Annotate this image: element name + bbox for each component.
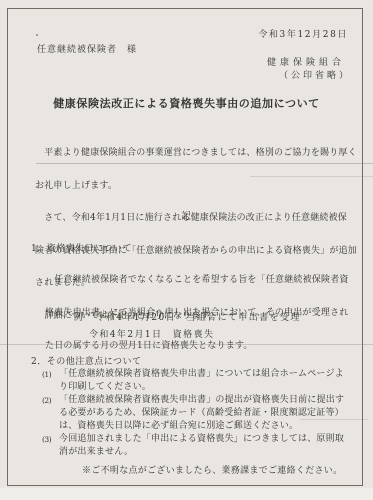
list-item: (2) 「任意継続被保険者資格喪失申出書」の提出が資格喪失日前に提出す る必要が…	[42, 394, 344, 433]
letter-date: 令和3年12月28日	[258, 27, 348, 40]
list-item-marker: (2)	[42, 394, 59, 407]
list-item-line: 消が出来ません。	[59, 446, 344, 459]
intro-line: 平素より健康保険組合の事業運営につきましては、格別のご協力を賜り厚く	[35, 147, 357, 160]
list-item-text: 今回追加されました「申出による資格喪失」につきましては、原則取 消が出来ません。	[59, 433, 344, 459]
document-title: 健康保険法改正による資格喪失事由の追加について	[0, 95, 373, 111]
scan-artifact-line	[250, 176, 373, 177]
list-item-line: は、資格喪失日以降に必ず組合宛に別途ご郵送ください。	[59, 420, 344, 433]
example-step2-line: 令和4年2月1日 資格喪失	[89, 327, 214, 340]
section1-body-line: 任意継続被保険者でなくなることを希望する旨を「任意継続被保険者資	[45, 274, 349, 287]
list-item: (1) 「任意継続被保険者資格喪失申出書」については組合ホームページよ り印刷し…	[42, 368, 344, 394]
down-arrow-icon: ↓	[130, 312, 137, 321]
list-item-line: り印刷してください。	[59, 381, 344, 394]
scan-artifact-line	[36, 163, 373, 164]
list-item-line: 「任意継続被保険者資格喪失申出書」については組合ホームページよ	[59, 368, 344, 381]
scan-speck	[36, 34, 38, 36]
list-item: (3) 今回追加されました「申出による資格喪失」につきましては、原則取 消が出来…	[42, 433, 344, 459]
list-item-text: 「任意継続被保険者資格喪失申出書」については組合ホームページよ り印刷してくださ…	[59, 368, 344, 394]
list-item-line: 今回追加されました「申出による資格喪失」につきましては、原則取	[59, 433, 344, 446]
list-item-marker: (1)	[42, 368, 59, 381]
section2-heading: 2．その他注意点について	[31, 354, 142, 367]
footer-note: ※ご不明な点がございましたら、業務課までご連絡ください。	[82, 463, 342, 476]
scan-edge-strip	[0, 488, 373, 500]
list-item-marker: (3)	[42, 433, 59, 446]
intro-line: お礼申し上げます。	[35, 180, 357, 193]
scan-artifact-line	[0, 344, 373, 345]
notes-list: (1) 「任意継続被保険者資格喪失申出書」については組合ホームページよ り印刷し…	[42, 368, 344, 459]
seal-omitted-note: （公印省略）	[279, 68, 351, 81]
example-label: 例	[73, 313, 82, 323]
addressee-line: 任意継続被保険者 様	[37, 42, 137, 55]
scanned-letter-page: 令和3年12月28日 任意継続被保険者 様 健康保険組合 （公印省略） 健康保険…	[0, 0, 373, 500]
scan-speck	[292, 313, 294, 315]
scan-speck	[234, 441, 236, 443]
record-marker: 記	[0, 208, 373, 222]
section1-heading: 1．資格喪失日について	[31, 241, 132, 254]
list-item-line: 「任意継続被保険者資格喪失申出書」の提出が資格喪失日前に提出す	[59, 394, 344, 407]
section1-body-line: た日の属する月の翌月1日に資格喪失となります。	[45, 340, 349, 353]
scan-artifact-line	[300, 419, 368, 420]
list-item-text: 「任意継続被保険者資格喪失申出書」の提出が資格喪失日前に提出す る必要があるため…	[59, 394, 344, 433]
organization-name: 健康保険組合	[267, 55, 345, 68]
example-step1-text: 令和4年1月20日 当組合にて申出書を受理	[95, 313, 300, 323]
